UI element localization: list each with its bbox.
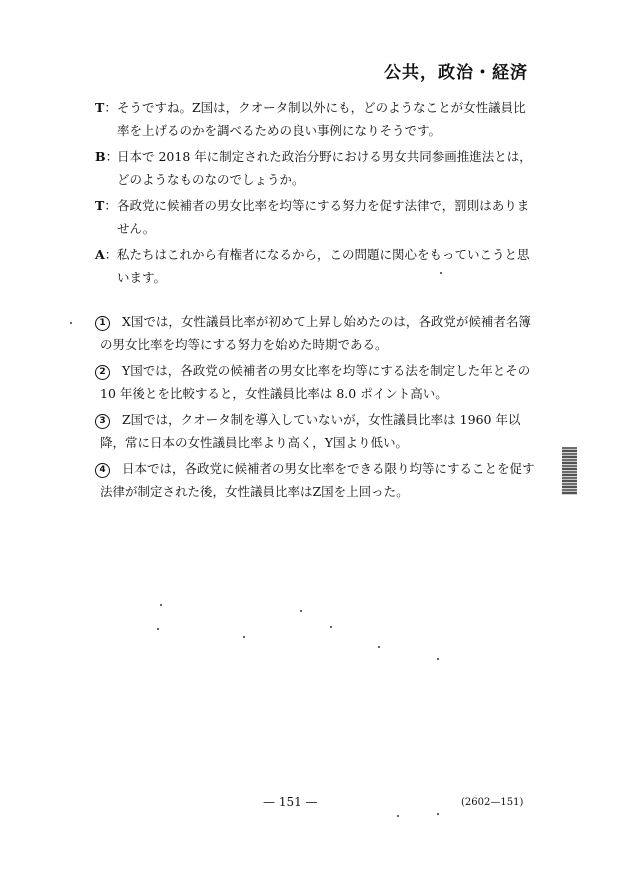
scan-speck: [243, 636, 245, 638]
scan-speck: [378, 646, 380, 648]
option-text: 10 年後とを比較すると，女性議員比率は 8.0 ポイント高い。: [95, 382, 535, 405]
scan-speck: [397, 815, 399, 817]
dialogue-line: どのようなものなのでしょうか。: [117, 172, 305, 187]
scan-speck: [300, 610, 302, 612]
scan-speck: [70, 322, 72, 324]
option-number-circle: 1: [95, 316, 110, 331]
answer-option-1[interactable]: 1X国では，女性議員比率が初めて上昇し始めたのは，各政党が候補者名簿 の男女比率…: [95, 310, 535, 356]
option-number-circle: 4: [95, 463, 110, 478]
option-text: の男女比率を均等にする努力を始めた時期である。: [95, 333, 535, 356]
scan-speck: [440, 272, 442, 274]
dialogue-line: います。: [117, 270, 166, 285]
dialogue-line: せん。: [117, 221, 155, 236]
speaker-label: T: [95, 96, 117, 119]
answer-option-2[interactable]: 2Y国では，各政党の候補者の男女比率を均等にする法を制定した年とその 10 年後…: [95, 359, 535, 405]
subject-header: 公共，政治・経済: [384, 58, 528, 83]
scan-speck: [160, 604, 162, 606]
dialogue-line: 各政党に候補者の男女比率を均等にする努力を促す法律で，罰則はありま: [117, 198, 529, 213]
speaker-label: A: [95, 243, 117, 266]
answer-options: 1X国では，女性議員比率が初めて上昇し始めたのは，各政党が候補者名簿 の男女比率…: [95, 310, 535, 506]
scan-speck: [437, 658, 439, 660]
dialogue-turn: A 私たちはこれから有権者になるから，この問題に関心をもっていこうと思 います。: [95, 243, 535, 289]
answer-option-4[interactable]: 4日本では，各政党に候補者の男女比率をできる限り均等にすることを促す 法律が制定…: [95, 457, 535, 503]
dialogue-turn: T そうですね。Z国は，クオータ制以外にも，どのようなことが女性議員比 率を上げ…: [95, 96, 535, 142]
dialogue-turn: T 各政党に候補者の男女比率を均等にする努力を促す法律で，罰則はありま せん。: [95, 194, 535, 240]
option-text: 日本では，各政党に候補者の男女比率をできる限り均等にすることを促す: [122, 461, 535, 476]
option-number-circle: 3: [95, 414, 110, 429]
speaker-label: B: [95, 145, 118, 168]
option-text: X国では，女性議員比率が初めて上昇し始めたのは，各政党が候補者名簿: [122, 314, 531, 329]
exam-code: (2602—151): [461, 797, 523, 808]
option-text: 降，常に日本の女性議員比率より高く，Y国より低い。: [95, 431, 535, 454]
scan-speck: [437, 813, 439, 815]
scan-speck: [157, 628, 159, 630]
dialogue-line: 率を上げるのかを調べるための良い事例になりそうです。: [117, 123, 441, 138]
page-number: — 151 —: [263, 795, 318, 809]
dialogue-turn: B 日本で 2018 年に制定された政治分野における男女共同参画推進法とは， ど…: [95, 145, 535, 191]
option-text: Y国では，各政党の候補者の男女比率を均等にする法を制定した年とその: [122, 363, 530, 378]
page-edge-index-mark: [562, 447, 577, 495]
scan-speck: [330, 626, 332, 628]
dialogue-line: 私たちはこれから有権者になるから，この問題に関心をもっていこうと思: [117, 247, 530, 262]
option-number-circle: 2: [95, 365, 110, 380]
option-text: 法律が制定された後，女性議員比率はZ国を上回った。: [95, 480, 535, 503]
answer-option-3[interactable]: 3Z国では，クオータ制を導入していないが，女性議員比率は 1960 年以 降，常…: [95, 408, 535, 454]
speaker-label: T: [95, 194, 117, 217]
dialogue-line: そうですね。Z国は，クオータ制以外にも，どのようなことが女性議員比: [117, 100, 526, 115]
dialogue-line: 日本で 2018 年に制定された政治分野における男女共同参画推進法とは，: [117, 149, 532, 164]
option-text: Z国では，クオータ制を導入していないが，女性議員比率は 1960 年以: [122, 412, 520, 427]
dialogue-section: T そうですね。Z国は，クオータ制以外にも，どのようなことが女性議員比 率を上げ…: [95, 96, 535, 292]
